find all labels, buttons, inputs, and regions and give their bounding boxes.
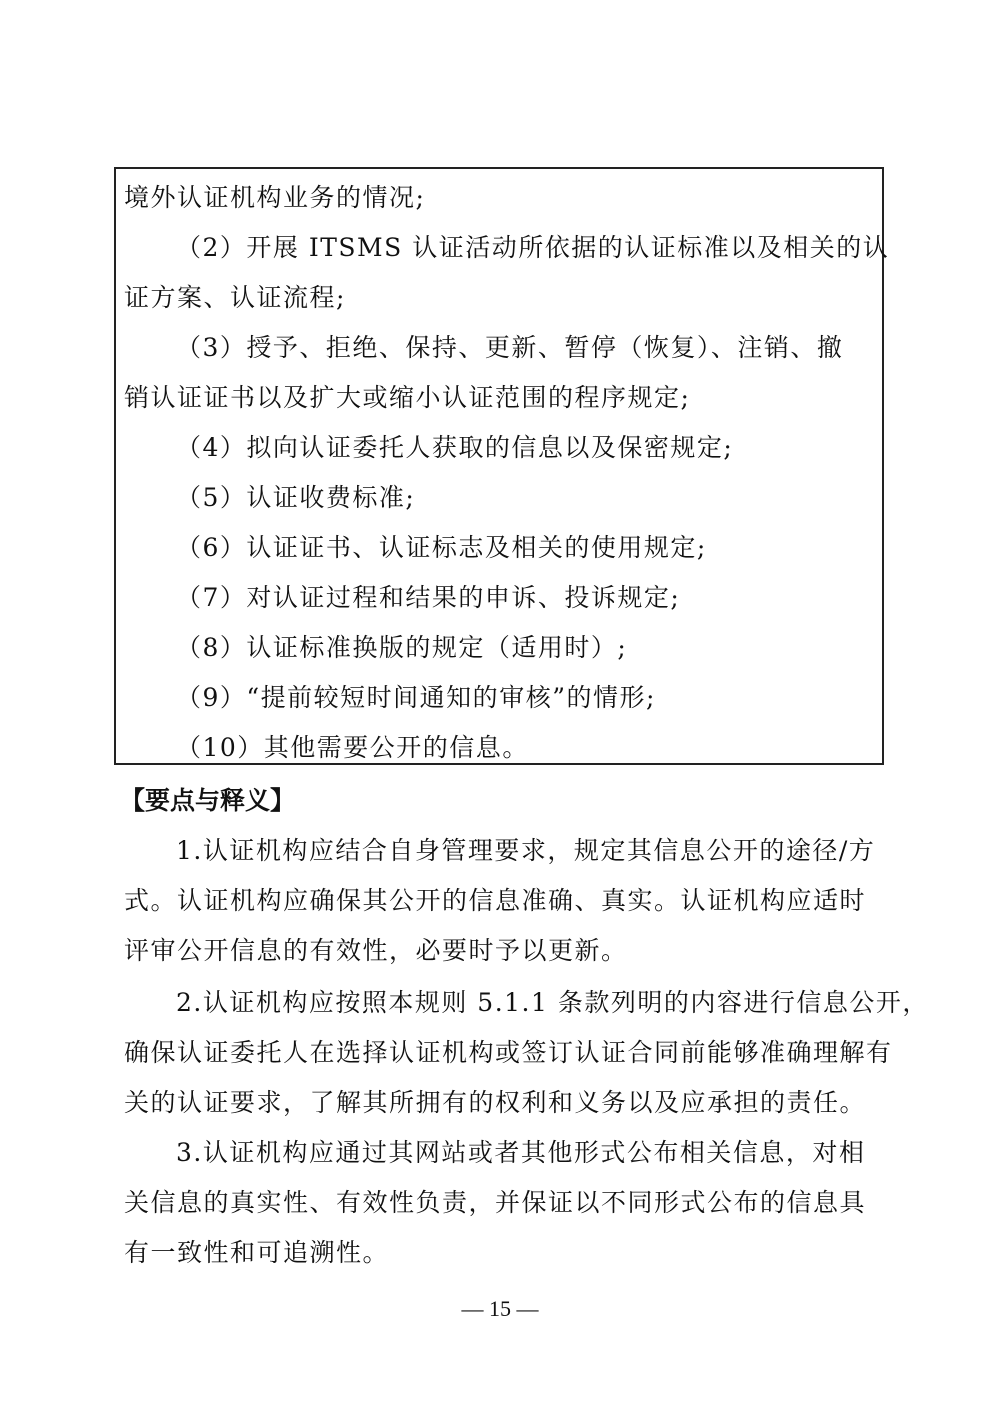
body-line: 3.认证机构应通过其网站或者其他形式公布相关信息，对相: [176, 1138, 865, 1168]
box-line: （4）拟向认证委托人获取的信息以及保密规定;: [176, 433, 733, 463]
body-line: 2.认证机构应按照本规则 5.1.1 条款列明的内容进行信息公开，: [176, 988, 929, 1018]
box-line: （6）认证证书、认证标志及相关的使用规定;: [176, 533, 707, 563]
section-heading: 【要点与释义】: [120, 786, 295, 816]
body-line: 关的认证要求，了解其所拥有的权利和义务以及应承担的责任。: [124, 1088, 866, 1118]
box-line: （9）“提前较短时间通知的审核”的情形;: [176, 683, 656, 713]
body-line: 关信息的真实性、有效性负责，并保证以不同形式公布的信息具: [124, 1188, 866, 1218]
body-line: 式。认证机构应确保其公开的信息准确、真实。认证机构应适时: [124, 886, 866, 916]
box-line: （10）其他需要公开的信息。: [176, 733, 529, 763]
body-line: 确保认证委托人在选择认证机构或签订认证合同前能够准确理解有: [124, 1038, 893, 1068]
body-line: 评审公开信息的有效性，必要时予以更新。: [124, 936, 628, 966]
box-line: （7）对认证过程和结果的申诉、投诉规定;: [176, 583, 680, 613]
box-line: （5）认证收费标准;: [176, 483, 415, 513]
box-line: 证方案、认证流程;: [124, 283, 346, 313]
box-line: （3）授予、拒绝、保持、更新、暂停（恢复）、注销、撤: [176, 333, 843, 363]
page-number: — 15 —: [0, 1296, 1000, 1322]
box-line: 销认证证书以及扩大或缩小认证范围的程序规定;: [124, 383, 690, 413]
box-line: 境外认证机构业务的情况;: [124, 183, 425, 213]
body-line: 1.认证机构应结合自身管理要求，规定其信息公开的途径/方: [176, 836, 875, 866]
body-line: 有一致性和可追溯性。: [124, 1238, 389, 1268]
box-line: （2）开展 ITSMS 认证活动所依据的认证标准以及相关的认: [176, 233, 889, 263]
box-line: （8）认证标准换版的规定（适用时）;: [176, 633, 627, 663]
